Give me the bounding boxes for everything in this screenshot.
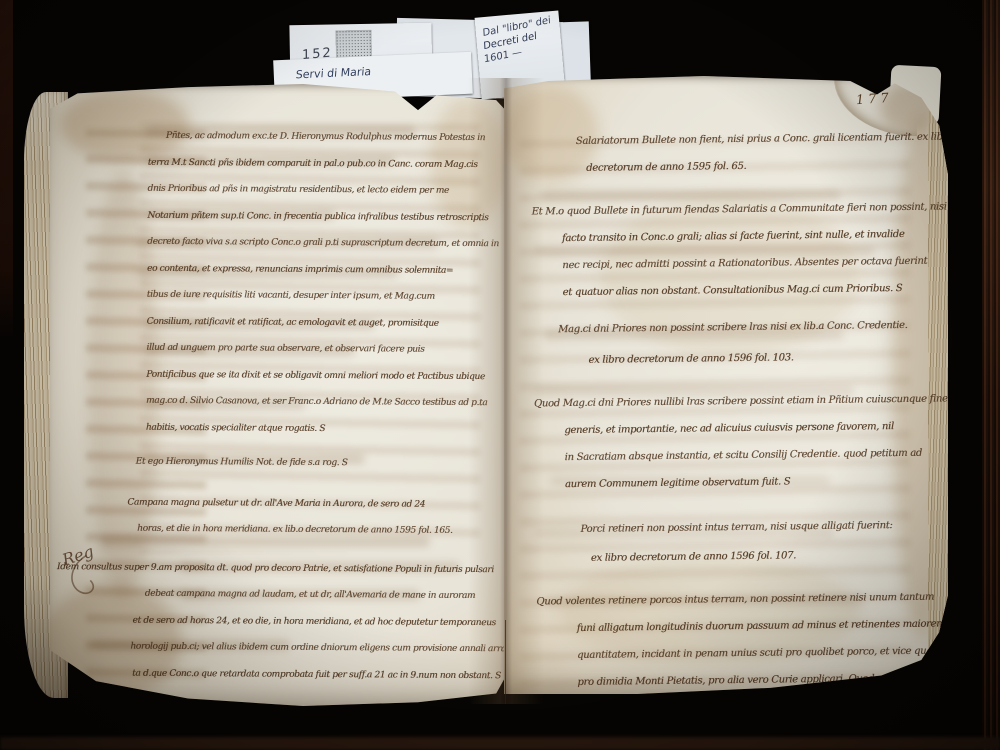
manuscript-line: debeat campana magna ad laudam, et ut dr…: [145, 581, 503, 610]
folio-number: 177: [856, 91, 894, 109]
table-edge-left: [0, 0, 13, 338]
manuscript-line: illud ad unguem pro parte sua observare,…: [146, 335, 504, 364]
manuscript-line: Pontificibus que se ita dixit et se obli…: [146, 361, 504, 390]
table-edge-right: [982, 0, 1000, 750]
manuscript-line: horologij pub.ci; vel alius ibidem cum o…: [130, 634, 502, 663]
manuscript-line: Et M.o quod Bullete in futurum fiendas S…: [531, 194, 941, 226]
left-page-text: Pñtes, ac admodum exc.te D. Hieronymus R…: [144, 123, 506, 697]
manuscript-photo: Dal "libro" deiDecreti del1601 — 152 Ser…: [0, 0, 1000, 750]
table-edge-bottom: [0, 737, 1000, 750]
manuscript-line: Salariatorum Bullete non fient, nisi pri…: [576, 124, 941, 155]
manuscript-line: Et ego Hieronymus Humilis Not. de fide s…: [136, 449, 504, 478]
manuscript-line: Consilium, ratificavit et ratificat, ac …: [147, 308, 505, 337]
manuscript-line: Quod volentes retinere porcos intus terr…: [536, 583, 946, 615]
manuscript-line: nec recipi, nec admitti possint a Ration…: [562, 248, 942, 280]
manuscript-line: Notarium pñtem sup.ti Conc. in frecentia…: [147, 202, 505, 231]
manuscript-line: et quatuor alias non obstant. Consultati…: [562, 275, 942, 307]
decreti-note-text: Dal "libro" deiDecreti del1601 —: [482, 12, 561, 66]
manuscript-line: et de sero ad horas 24, et eo die, in ho…: [132, 607, 502, 636]
gutter-seam: [505, 620, 506, 704]
manuscript-line: ex libro decretorum de anno 1596 fol. 10…: [591, 540, 946, 571]
manuscript-line: quantitatem, incidant in penam unius scu…: [577, 637, 947, 669]
manuscript-line: horas, et die in hora meridiana. ex lib.…: [137, 516, 503, 545]
right-page: 177 Salariatorum Bullete non fient, nisi…: [504, 76, 948, 694]
manuscript-line: dnis Prioribus ad pñs in magistratu resi…: [147, 176, 505, 205]
collection-label: Servi di Maria: [295, 61, 472, 82]
manuscript-line: Pñtes, ac admodum exc.te D. Hieronymus R…: [166, 123, 506, 152]
manuscript-line: in Sacratiam absque instantia, et scitu …: [564, 439, 944, 471]
manuscript-line: pro dimidia Monti Pietatis, pro alia ver…: [577, 664, 947, 696]
manuscript-line: eo contenta, et expressa, renuncians imp…: [147, 255, 505, 284]
left-page: Reg Pñtes, ac admodum exc.te D. Hieronym…: [50, 84, 510, 706]
manuscript-line: habitis, vocatis specialiter atque rogat…: [146, 414, 504, 443]
manuscript-line: ta d.que Conc.o que retardata comprobata…: [132, 660, 502, 689]
manuscript-line: Quod Mag.ci dni Priores nullibi lras scr…: [534, 385, 944, 417]
manuscript-line: tibus de iure requisitis liti vacanti, d…: [147, 282, 505, 311]
manuscript-line: Porci retineri non possint intus terram,…: [580, 511, 945, 542]
manuscript-line: decreto facto viva s.a scripto Conc.o gr…: [147, 229, 505, 258]
manuscript-line: decretorum de anno 1595 fol. 65.: [586, 151, 941, 182]
manuscript-line: mag.co d. Silvio Casanova, et ser Franc.…: [146, 388, 504, 417]
manuscript-line: aurem Communem legitime observatum fuit.…: [565, 466, 945, 498]
manuscript-line: terra M.t Sancti pñs ibidem comparuit in…: [148, 149, 506, 178]
manuscript-line: ex libro decretorum de anno 1596 fol. 10…: [588, 343, 943, 374]
manuscript-line: Mag.ci dni Priores non possint scribere …: [558, 312, 943, 344]
manuscript-line: Idem consultus super 9.am proposita dt. …: [57, 554, 503, 584]
right-page-text: Salariatorum Bullete non fient, nisi pri…: [531, 124, 948, 689]
manuscript-line: Campana magna pulsetur ut dr. all'Ave Ma…: [127, 489, 503, 518]
